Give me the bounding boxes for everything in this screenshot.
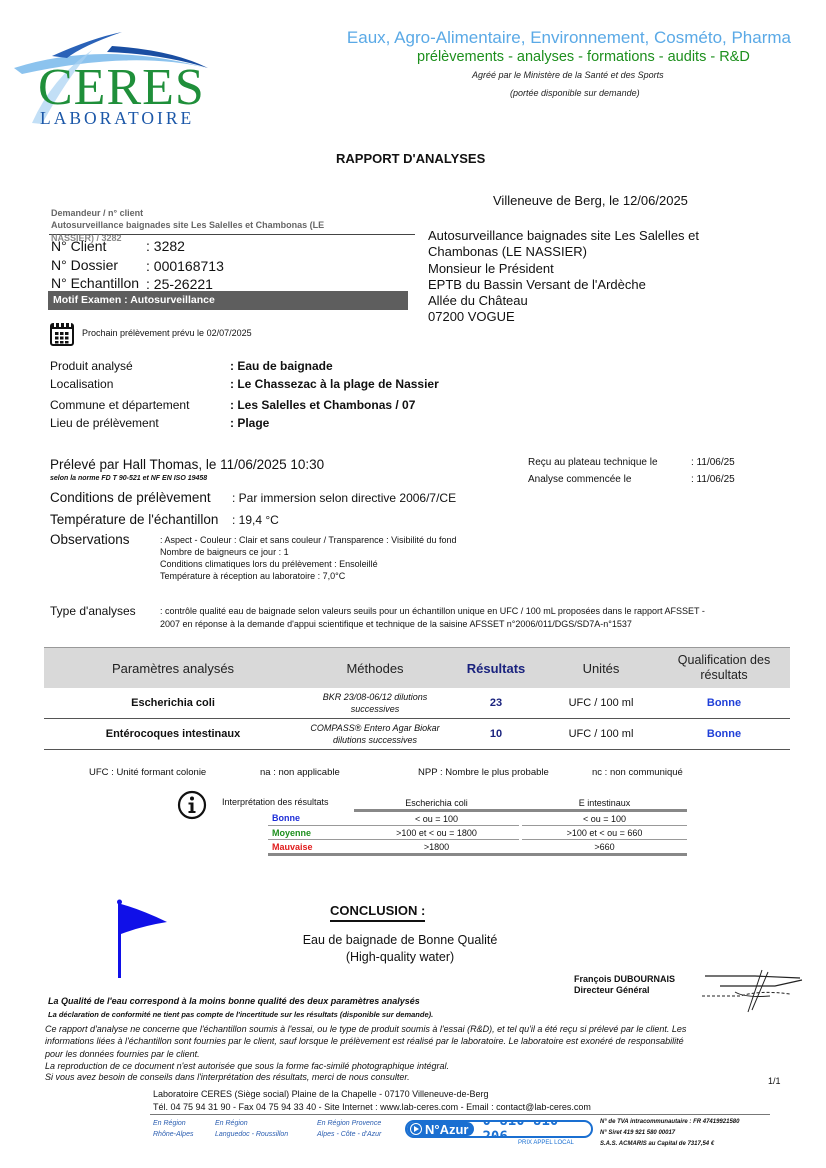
quality-note: La Qualité de l'eau correspond à la moin… bbox=[48, 996, 420, 1006]
product-label: Produit analysé bbox=[50, 359, 133, 373]
footer-region: En Région Provence Alpes - Côte - d'Azur bbox=[317, 1118, 381, 1140]
address-line: Autosurveillance baignades site Les Sale… bbox=[428, 228, 699, 243]
table-row: Escherichia coli BKR 23/08-06/12 dilutio… bbox=[44, 688, 790, 719]
legend-npp: NPP : Nombre le plus probable bbox=[418, 767, 549, 778]
col-parameters: Paramètres analysés bbox=[44, 648, 302, 689]
declaration-note: La déclaration de conformité ne tient pa… bbox=[48, 1010, 433, 1019]
calendar-icon bbox=[50, 320, 74, 346]
conditions-label: Conditions de prélèvement bbox=[50, 490, 211, 505]
page-number: 1/1 bbox=[768, 1076, 781, 1086]
param-qualification: Bonne bbox=[658, 688, 790, 719]
interp-label-mauvaise: Mauvaise bbox=[268, 840, 354, 855]
param-result: 10 bbox=[448, 719, 544, 750]
sampling-place-value: : Plage bbox=[230, 416, 269, 430]
footer-region: En Région Rhône-Alpes bbox=[153, 1118, 193, 1140]
city-date: Villeneuve de Berg, le 12/06/2025 bbox=[493, 193, 688, 208]
region-line: Languedoc - Roussillon bbox=[215, 1129, 288, 1140]
legend-ufc: UFC : Unité formant colonie bbox=[89, 767, 206, 778]
param-unit: UFC / 100 ml bbox=[544, 719, 658, 750]
observation-line: Nombre de baigneurs ce jour : 1 bbox=[160, 547, 289, 557]
header-tagline: Eaux, Agro-Alimentaire, Environnement, C… bbox=[347, 28, 791, 48]
legal-siret: N° Siret 419 921 580 00017 bbox=[600, 1130, 675, 1136]
ceres-logo: CERES LABORATOIRE bbox=[12, 28, 212, 128]
received-value: : 11/06/25 bbox=[691, 457, 735, 468]
address-line: Chambonas (LE NASSIER) bbox=[428, 244, 587, 259]
footer-address: Laboratoire CERES (Siège social) Plaine … bbox=[153, 1089, 489, 1099]
sample-number-label: N° Echantillon bbox=[51, 275, 139, 291]
interp-col-ecoli: Escherichia coli bbox=[354, 796, 521, 811]
region-line: Alpes - Côte - d'Azur bbox=[317, 1129, 381, 1140]
report-title: RAPPORT D'ANALYSES bbox=[336, 151, 485, 166]
azur-label-box: N°Azur bbox=[407, 1122, 474, 1136]
interp-header-row: Escherichia coli E intestinaux bbox=[268, 796, 687, 811]
commune-value: : Les Salelles et Chambonas / 07 bbox=[230, 398, 415, 412]
address-line: Allée du Château bbox=[428, 293, 528, 308]
param-method: COMPASS® Entero Agar Biokar dilutions su… bbox=[302, 719, 448, 750]
header-approval: Agréé par le Ministère de la Santé et de… bbox=[472, 70, 664, 80]
interpretation-table: Escherichia coli E intestinaux Bonne < o… bbox=[268, 796, 687, 856]
interp-value: >1800 bbox=[354, 840, 521, 855]
next-sample-date: Prochain prélèvement prévu le 02/07/2025 bbox=[82, 328, 252, 338]
interp-col-entero: E intestinaux bbox=[521, 796, 688, 811]
signature-icon bbox=[700, 968, 805, 1016]
observation-line: : Aspect - Couleur : Clair et sans coule… bbox=[160, 535, 457, 545]
param-qualification: Bonne bbox=[658, 719, 790, 750]
address-line: Monsieur le Président bbox=[428, 261, 554, 276]
interp-row: Bonne < ou = 100 < ou = 100 bbox=[268, 811, 687, 826]
address-line: EPTB du Bassin Versant de l'Ardèche bbox=[428, 277, 646, 292]
param-name: Entérocoques intestinaux bbox=[44, 719, 302, 750]
disclaimer-line: Ce rapport d'analyse ne concerne que l'é… bbox=[45, 1024, 686, 1034]
disclaimer-line: pour les données fournies par le client. bbox=[45, 1049, 200, 1059]
azur-phone-badge: N°Azur 0 810 810 206 bbox=[405, 1120, 593, 1138]
footer-contact: Tél. 04 75 94 31 90 - Fax 04 75 94 33 40… bbox=[153, 1102, 591, 1112]
azur-note: PRIX APPEL LOCAL bbox=[518, 1140, 574, 1146]
signer-name: François DUBOURNAIS bbox=[574, 974, 675, 984]
info-icon bbox=[177, 790, 207, 820]
legend-na: na : non applicable bbox=[260, 767, 340, 778]
interp-value: >100 et < ou = 1800 bbox=[354, 826, 521, 840]
col-results: Résultats bbox=[448, 648, 544, 689]
play-icon bbox=[410, 1123, 422, 1135]
sampling-place-label: Lieu de prélèvement bbox=[50, 416, 159, 430]
region-line: En Région bbox=[215, 1118, 288, 1129]
interp-value: >660 bbox=[521, 840, 688, 855]
legend-nc: nc : non communiqué bbox=[592, 767, 683, 778]
col-methods: Méthodes bbox=[302, 648, 448, 689]
results-header-row: Paramètres analysés Méthodes Résultats U… bbox=[44, 648, 790, 689]
region-line: En Région Provence bbox=[317, 1118, 381, 1129]
conditions-value: : Par immersion selon directive 2006/7/C… bbox=[232, 491, 456, 505]
sampling-norm: selon la norme FD T 90-521 et NF EN ISO … bbox=[50, 475, 207, 482]
azur-label: N°Azur bbox=[425, 1122, 468, 1137]
temperature-label: Température de l'échantillon bbox=[50, 512, 218, 527]
observation-line: Température à réception au laboratoire :… bbox=[160, 571, 345, 581]
param-unit: UFC / 100 ml bbox=[544, 688, 658, 719]
address-line: 07200 VOGUE bbox=[428, 309, 515, 324]
conclusion-title: CONCLUSION : bbox=[330, 903, 425, 922]
footer-region: En Région Languedoc - Roussillon bbox=[215, 1118, 288, 1140]
param-method: BKR 23/08-06/12 dilutions successives bbox=[302, 688, 448, 719]
region-line: Rhône-Alpes bbox=[153, 1129, 193, 1140]
logo-ceres-text: CERES bbox=[38, 62, 205, 114]
interp-row: Mauvaise >1800 >660 bbox=[268, 840, 687, 855]
received-label: Reçu au plateau technique le bbox=[528, 457, 658, 468]
analysis-type-label: Type d'analyses bbox=[50, 604, 136, 618]
header-scope: (portée disponible sur demande) bbox=[510, 88, 640, 98]
dossier-number-value: : 000168713 bbox=[146, 258, 224, 274]
signer-role: Directeur Général bbox=[574, 985, 650, 995]
disclaimer-line: Si vous avez besoin de conseils dans l'i… bbox=[45, 1072, 410, 1082]
interp-value: < ou = 100 bbox=[521, 811, 688, 826]
location-value: : Le Chassezac à la plage de Nassier bbox=[230, 377, 439, 391]
product-value: : Eau de baignade bbox=[230, 359, 333, 373]
interp-row: Moyenne >100 et < ou = 1800 >100 et < ou… bbox=[268, 826, 687, 840]
client-number-value: : 3282 bbox=[146, 238, 185, 254]
conclusion-text: Eau de baignade de Bonne Qualité bbox=[0, 933, 800, 947]
param-name: Escherichia coli bbox=[44, 688, 302, 719]
requester-label: Demandeur / n° client bbox=[51, 208, 143, 218]
interp-label-moyenne: Moyenne bbox=[268, 826, 354, 840]
table-row: Entérocoques intestinaux COMPASS® Entero… bbox=[44, 719, 790, 750]
sampled-by: Prélevé par Hall Thomas, le 11/06/2025 1… bbox=[50, 457, 324, 472]
requester-name: Autosurveillance baignades site Les Sale… bbox=[51, 220, 324, 230]
region-line: En Région bbox=[153, 1118, 193, 1129]
exam-motive-bar: Motif Examen : Autosurveillance bbox=[48, 291, 408, 310]
dossier-number-label: N° Dossier bbox=[51, 257, 118, 273]
interp-value: < ou = 100 bbox=[354, 811, 521, 826]
legal-vat: N° de TVA intracommunautaire : FR 474199… bbox=[600, 1119, 739, 1125]
observations-label: Observations bbox=[50, 532, 130, 547]
legal-capital: S.A.S. ACMARIS au Capital de 7317,54 € bbox=[600, 1141, 714, 1147]
interp-label-bonne: Bonne bbox=[268, 811, 354, 826]
azur-number: 0 810 810 206 bbox=[474, 1120, 591, 1138]
interp-value: >100 et < ou = 660 bbox=[521, 826, 688, 840]
observation-line: Conditions climatiques lors du prélèveme… bbox=[160, 559, 378, 569]
analysis-type-line: : contrôle qualité eau de baignade selon… bbox=[160, 606, 705, 616]
footer-divider bbox=[150, 1114, 770, 1115]
disclaimer-line: La reproduction de ce document n'est aut… bbox=[45, 1061, 449, 1071]
param-result: 23 bbox=[448, 688, 544, 719]
location-label: Localisation bbox=[50, 377, 113, 391]
client-number-label: N° Client bbox=[51, 238, 106, 254]
logo-laboratoire-text: LABORATOIRE bbox=[40, 110, 194, 128]
results-table: Paramètres analysés Méthodes Résultats U… bbox=[44, 647, 790, 750]
temperature-value: : 19,4 °C bbox=[232, 513, 279, 527]
header-services: prélèvements - analyses - formations - a… bbox=[417, 49, 750, 65]
analysis-started-label: Analyse commencée le bbox=[528, 474, 631, 485]
commune-label: Commune et département bbox=[50, 398, 189, 412]
analysis-started-value: : 11/06/25 bbox=[691, 474, 735, 485]
disclaimer-line: informations liées à l'échantillon sont … bbox=[45, 1036, 684, 1046]
conclusion-text-en: (High-quality water) bbox=[0, 950, 800, 964]
sample-number-value: : 25-26221 bbox=[146, 276, 213, 292]
col-units: Unités bbox=[544, 648, 658, 689]
analysis-type-line: 2007 en réponse à la demande d'appui sci… bbox=[160, 619, 632, 629]
col-qualification: Qualification des résultats bbox=[658, 648, 790, 689]
